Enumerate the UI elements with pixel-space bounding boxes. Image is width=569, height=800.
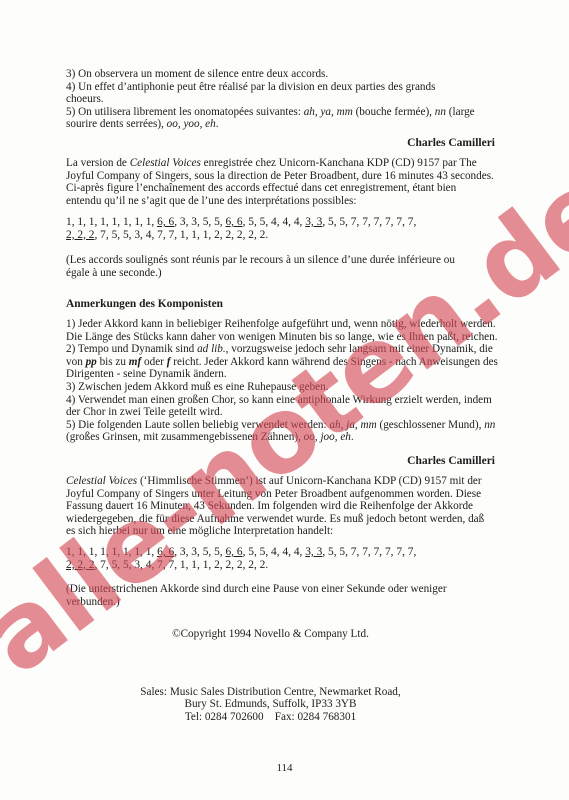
chord-group: , 7, 5, 5, 3, 4, 7, 7, 1, 1, 1, 2, 2, 2,…: [94, 229, 268, 241]
underlined-chord-group: 2, 2, 2: [66, 229, 94, 241]
german-note-1: 1) Jeder Akkord kann in beliebiger Reihe…: [66, 318, 498, 343]
french-signature: Charles Camilleri: [407, 137, 495, 149]
french-note-5: 5) On utilisera librement les onomatopée…: [66, 106, 486, 131]
german-signature: Charles Camilleri: [407, 455, 495, 467]
underlined-chord-group: 6, 6: [157, 216, 174, 228]
german-note-5: 5) Die folgenden Laute sollen beliebig v…: [66, 419, 498, 444]
french-footnote: (Les accords soulignés sont réunis par l…: [66, 254, 476, 279]
underlined-chord-group: 6, 6: [225, 216, 242, 228]
sales-address: Sales: Music Sales Distribution Centre, …: [0, 686, 555, 723]
french-note-3: 3) On observera un moment de silence ent…: [66, 68, 496, 81]
german-heading: Anmerkungen des Komponisten: [66, 298, 223, 310]
copyright-notice: ©Copyright 1994 Novello & Company Ltd.: [0, 628, 555, 640]
chord-group: , 5, 5, 7, 7, 7, 7, 7, 7,: [322, 546, 416, 558]
german-note-2: 2) Tempo und Dynamik sind ad lib., vorzu…: [66, 343, 498, 381]
chord-group: , 5, 5, 4, 4, 4,: [243, 546, 306, 558]
dynamic-mf: mf: [129, 356, 141, 368]
french-notes: 3) On observera un moment de silence ent…: [66, 68, 496, 131]
french-recording-note: La version de Celestial Voices enregistr…: [66, 157, 494, 207]
chord-group: , 3, 3, 5, 5,: [174, 216, 225, 228]
chord-group: 1, 1, 1, 1, 1, 1, 1, 1,: [66, 546, 157, 558]
underlined-chord-group: 2, 2, 2: [66, 559, 94, 571]
german-footnote: (Die unterstrichenen Akkorde sind durch …: [66, 583, 476, 608]
work-title-german: Celestial Voices: [66, 475, 137, 487]
german-notes: 1) Jeder Akkord kann in beliebiger Reihe…: [66, 318, 498, 444]
french-note-4: 4) Un effet d’antiphonie peut être réali…: [66, 81, 466, 106]
chord-group: , 5, 5, 7, 7, 7, 7, 7, 7,: [322, 216, 416, 228]
underlined-chord-group: 3, 3: [305, 216, 322, 228]
underlined-chord-group: 3, 3: [305, 546, 322, 558]
chord-group: 1, 1, 1, 1, 1, 1, 1, 1,: [66, 216, 157, 228]
page-number: 114: [0, 762, 569, 774]
underlined-chord-group: 6, 6: [225, 546, 242, 558]
german-recording-note: Celestial Voices (‘Himmlische Stimmen’) …: [66, 475, 494, 538]
german-chord-sequence: 1, 1, 1, 1, 1, 1, 1, 1, 6, 6, 3, 3, 5, 5…: [66, 546, 506, 571]
german-note-4: 4) Verwendet man einen großen Chor, so k…: [66, 394, 498, 419]
dynamic-pp: pp: [86, 356, 97, 368]
chord-group: , 3, 3, 5, 5,: [174, 546, 225, 558]
french-chord-sequence: 1, 1, 1, 1, 1, 1, 1, 1, 6, 6, 3, 3, 5, 5…: [66, 216, 506, 241]
chord-group: , 5, 5, 4, 4, 4,: [243, 216, 306, 228]
work-title: Celestial Voices: [130, 157, 201, 169]
german-note-3: 3) Zwischen jedem Akkord muß es eine Ruh…: [66, 381, 498, 394]
chord-group: , 7, 5, 5, 3, 4, 7, 7, 1, 1, 1, 2, 2, 2,…: [94, 559, 268, 571]
score-page: 3) On observera un moment de silence ent…: [0, 0, 569, 800]
underlined-chord-group: 6, 6: [157, 546, 174, 558]
